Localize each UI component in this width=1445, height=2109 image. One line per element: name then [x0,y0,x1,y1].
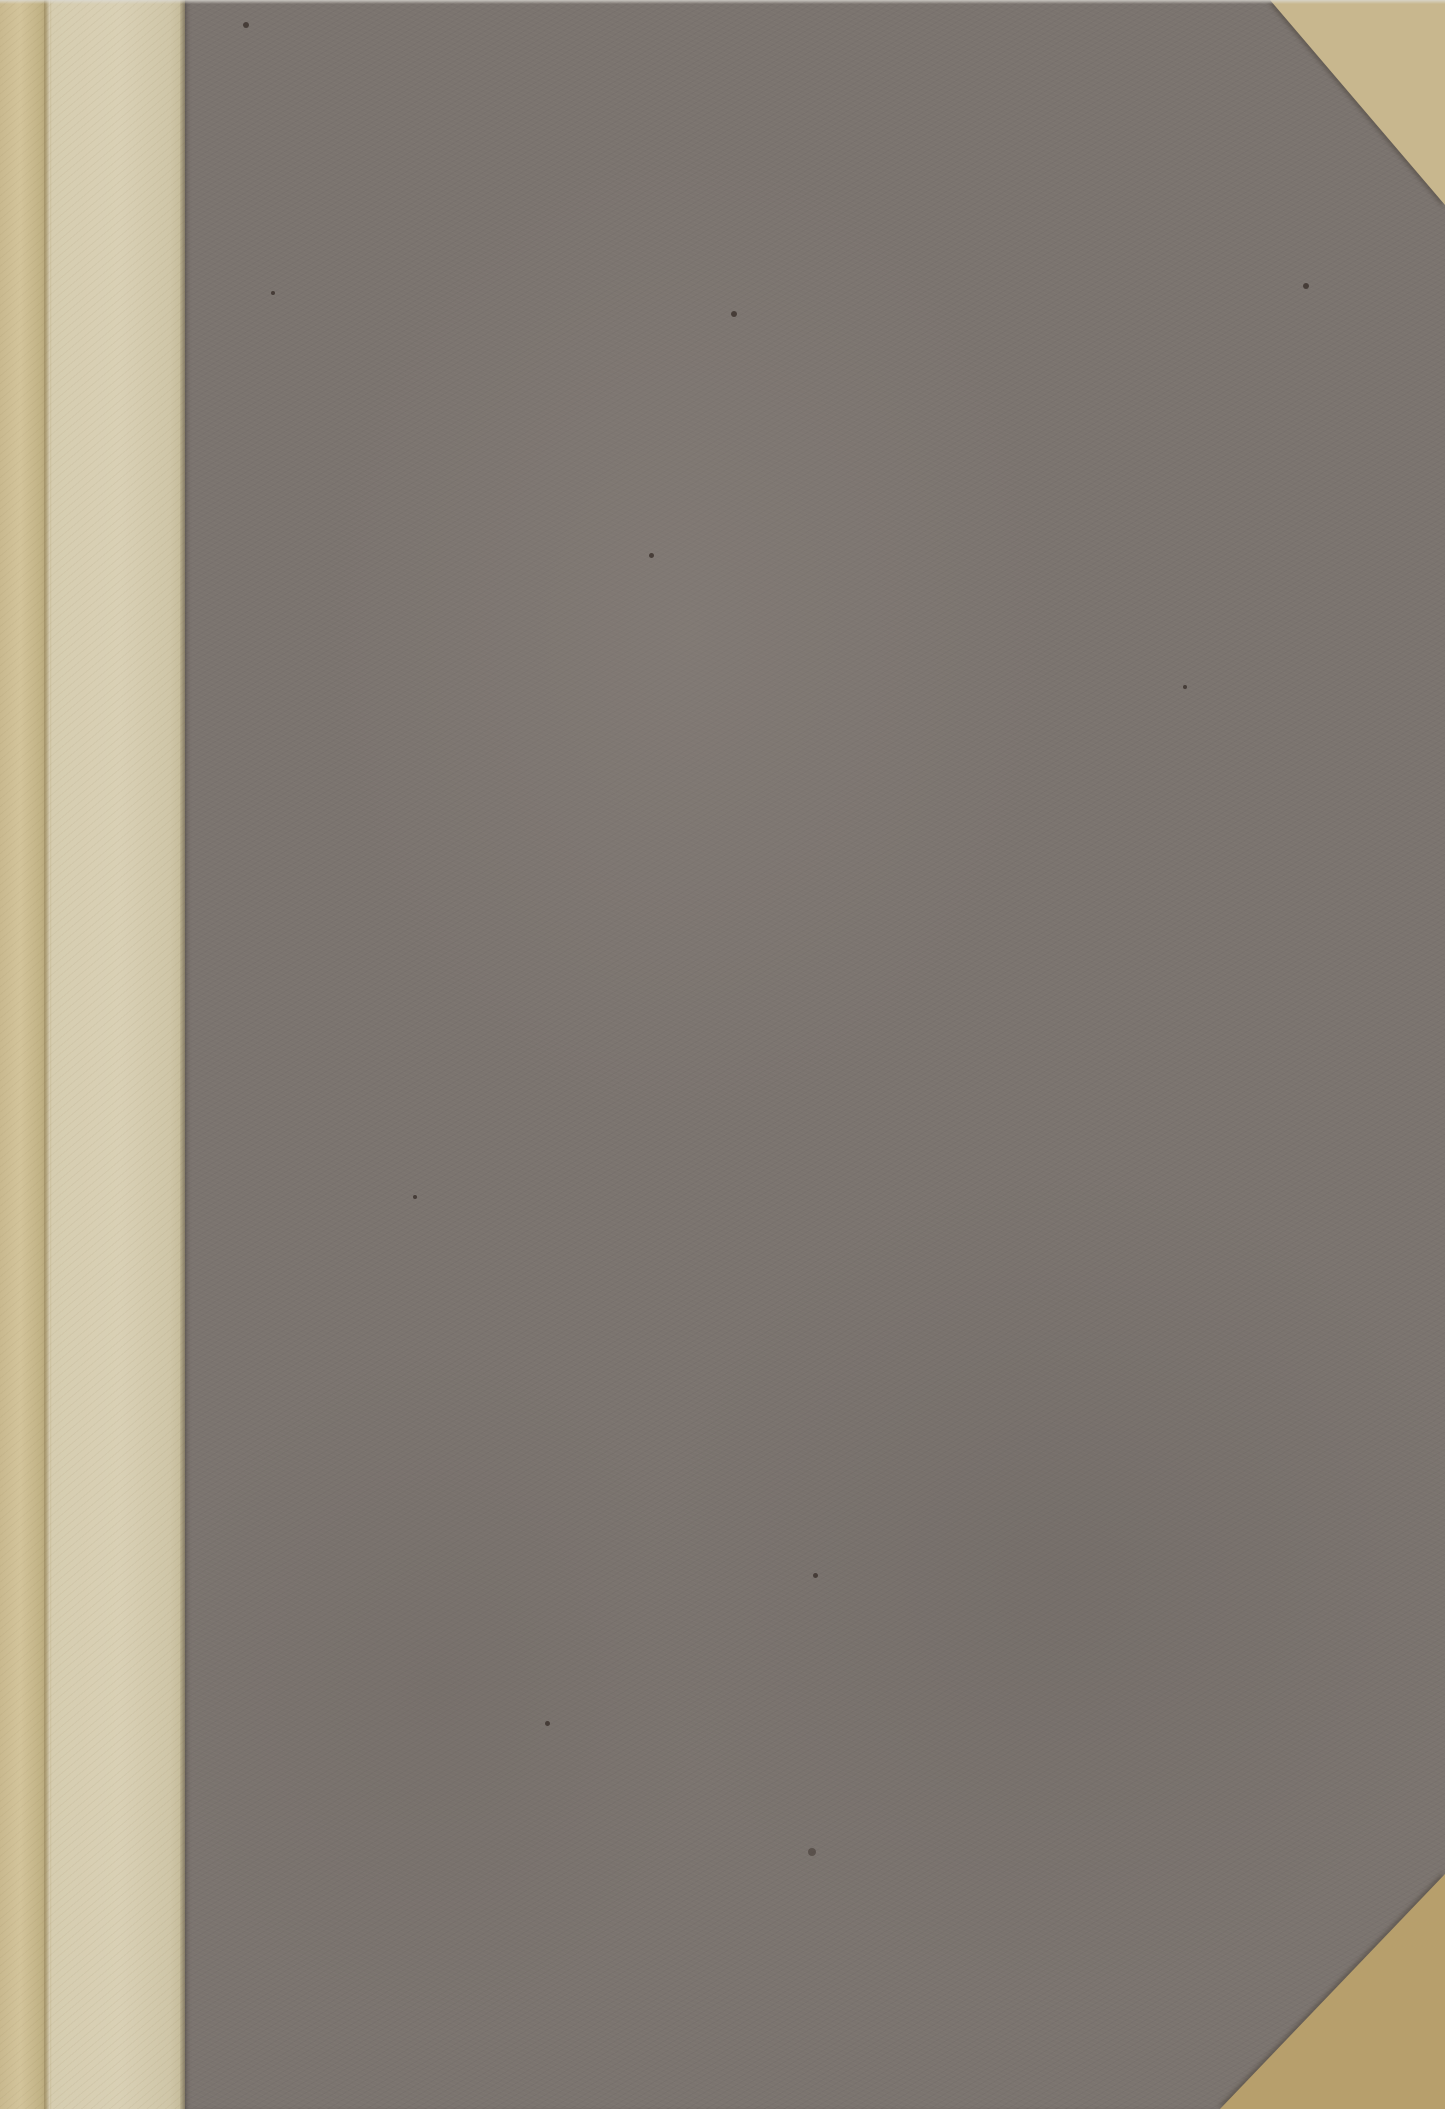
vellum-spine [0,0,185,2109]
spine-edge [180,0,185,2109]
cover-board [183,0,1445,2109]
speck [1183,685,1187,689]
corner-bottom-right [1220,1874,1445,2109]
book-cover [0,0,1445,2109]
top-edge [0,0,1445,4]
speck [413,1195,417,1199]
speck [1303,283,1309,289]
speck [808,1848,816,1856]
speck [243,22,249,28]
speck [649,553,654,558]
corner-top-right [1270,0,1445,205]
speck [731,311,737,317]
spine-groove [44,0,50,2109]
speck [545,1721,550,1726]
speck [813,1573,818,1578]
speck [271,291,275,295]
